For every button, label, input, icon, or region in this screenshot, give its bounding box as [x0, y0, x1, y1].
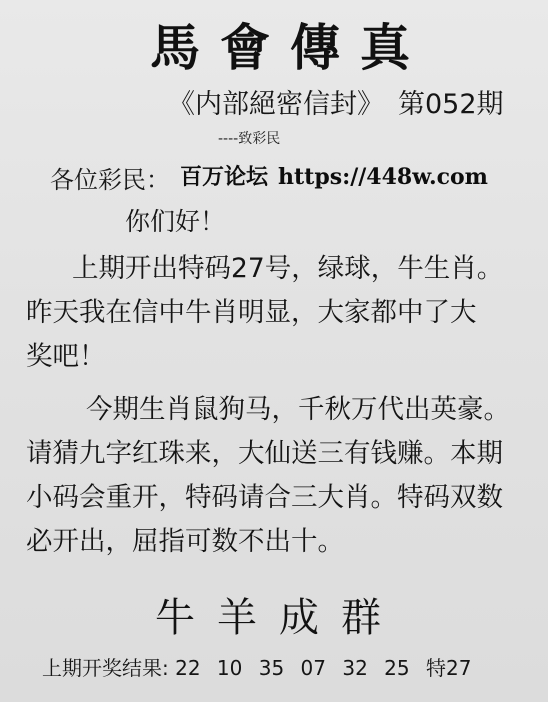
- text-line: 今期生肖鼠狗马，千秋万代出英豪。: [26, 388, 526, 432]
- text-line: 请猜九字红珠来，大仙送三有钱赚。本期: [26, 432, 526, 476]
- page-title: 馬會傳真: [150, 8, 430, 80]
- subtitle-line: 《内部絕密信封》第052期: [168, 82, 504, 121]
- result-number: 10: [217, 656, 242, 680]
- special-number: 特27: [426, 656, 471, 680]
- result-number: 35: [259, 656, 284, 680]
- text-line: 奖吧！: [26, 335, 526, 379]
- brand-name: 百万论坛: [180, 164, 268, 190]
- salutation: 各位彩民：: [50, 160, 170, 195]
- paragraph-prediction: 今期生肖鼠狗马，千秋万代出英豪。 请猜九字红珠来，大仙送三有钱赚。本期 小码会重…: [26, 388, 526, 564]
- text-line: 必开出，屈指可数不出十。: [26, 520, 526, 564]
- result-number: 07: [301, 656, 326, 680]
- paragraph-last-issue: 上期开出特码27号，绿球，牛生肖。 昨天我在信中牛肖明显，大家都中了大 奖吧！: [26, 247, 526, 379]
- issue-number: 第052期: [398, 89, 504, 120]
- results-label: 上期开奖结果:: [42, 656, 169, 680]
- brand-watermark: 百万论坛https://448w.com: [180, 160, 488, 191]
- brand-url[interactable]: https://448w.com: [278, 164, 488, 190]
- signer: ----致彩民: [218, 128, 280, 148]
- last-results: 上期开奖结果: 22 10 35 07 32 25 特27: [42, 652, 471, 681]
- text-line: 小码会重开，特码请合三大肖。特码双数: [26, 476, 526, 520]
- hello-text: 你们好！: [125, 202, 225, 238]
- motto: 牛羊成群: [155, 586, 403, 643]
- text-line: 昨天我在信中牛肖明显，大家都中了大: [26, 291, 526, 335]
- result-number: 25: [384, 656, 409, 680]
- result-number: 32: [342, 656, 367, 680]
- subtitle: 《内部絕密信封》: [168, 89, 384, 120]
- text-line: 上期开出特码27号，绿球，牛生肖。: [26, 247, 526, 291]
- result-number: 22: [175, 656, 200, 680]
